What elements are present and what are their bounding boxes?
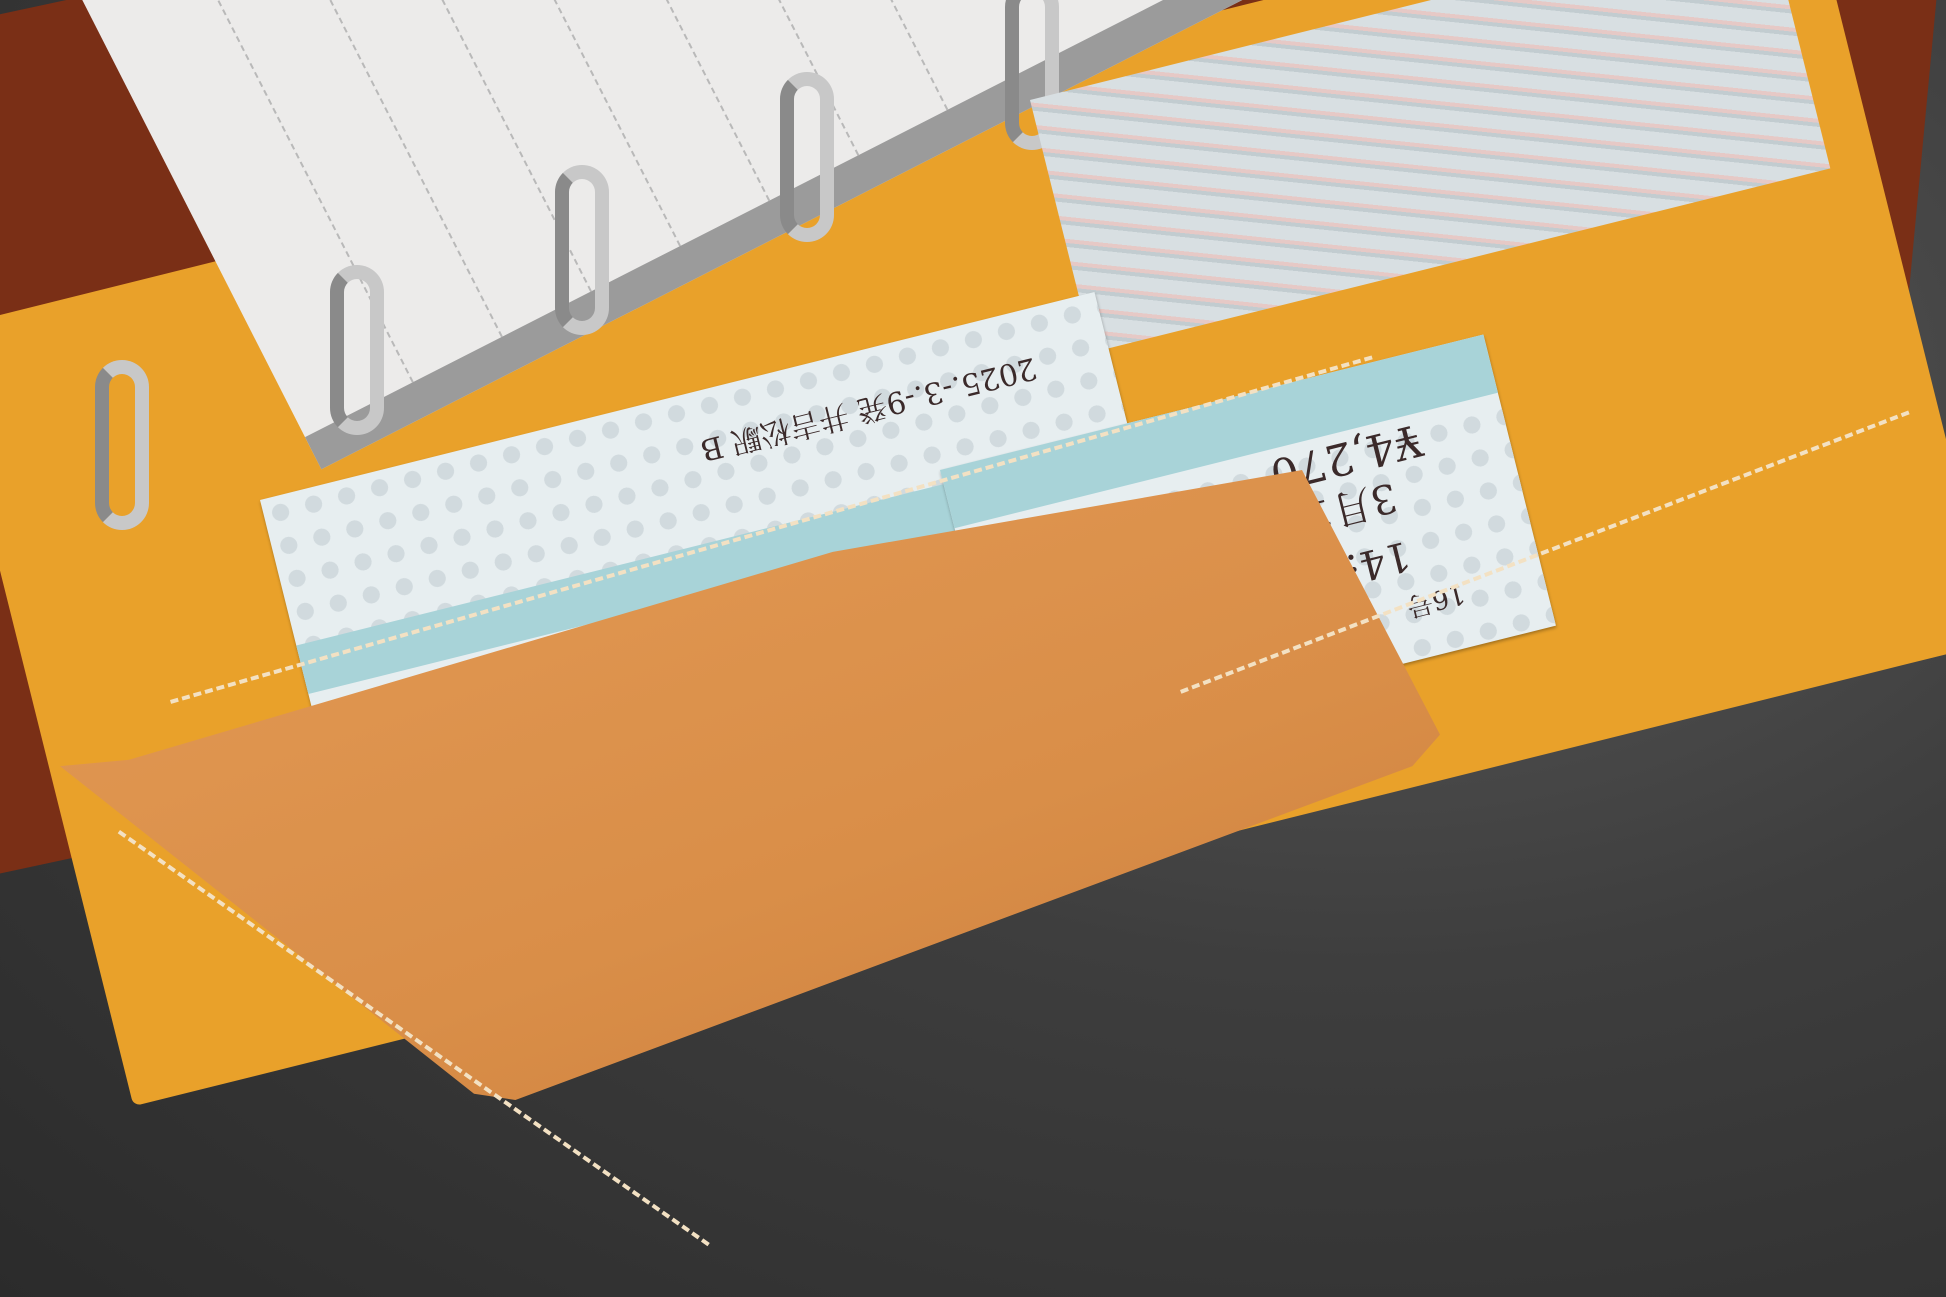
photo-scene: 2025.-3.-9発 井吉松駅 B C制 東京 新横 3月14日 14:17発… <box>0 0 1946 1297</box>
binder-ring-4 <box>780 72 834 242</box>
binder-ring-3 <box>555 165 609 335</box>
binder-ring-2 <box>330 265 384 435</box>
binder-ring-1 <box>95 360 149 530</box>
